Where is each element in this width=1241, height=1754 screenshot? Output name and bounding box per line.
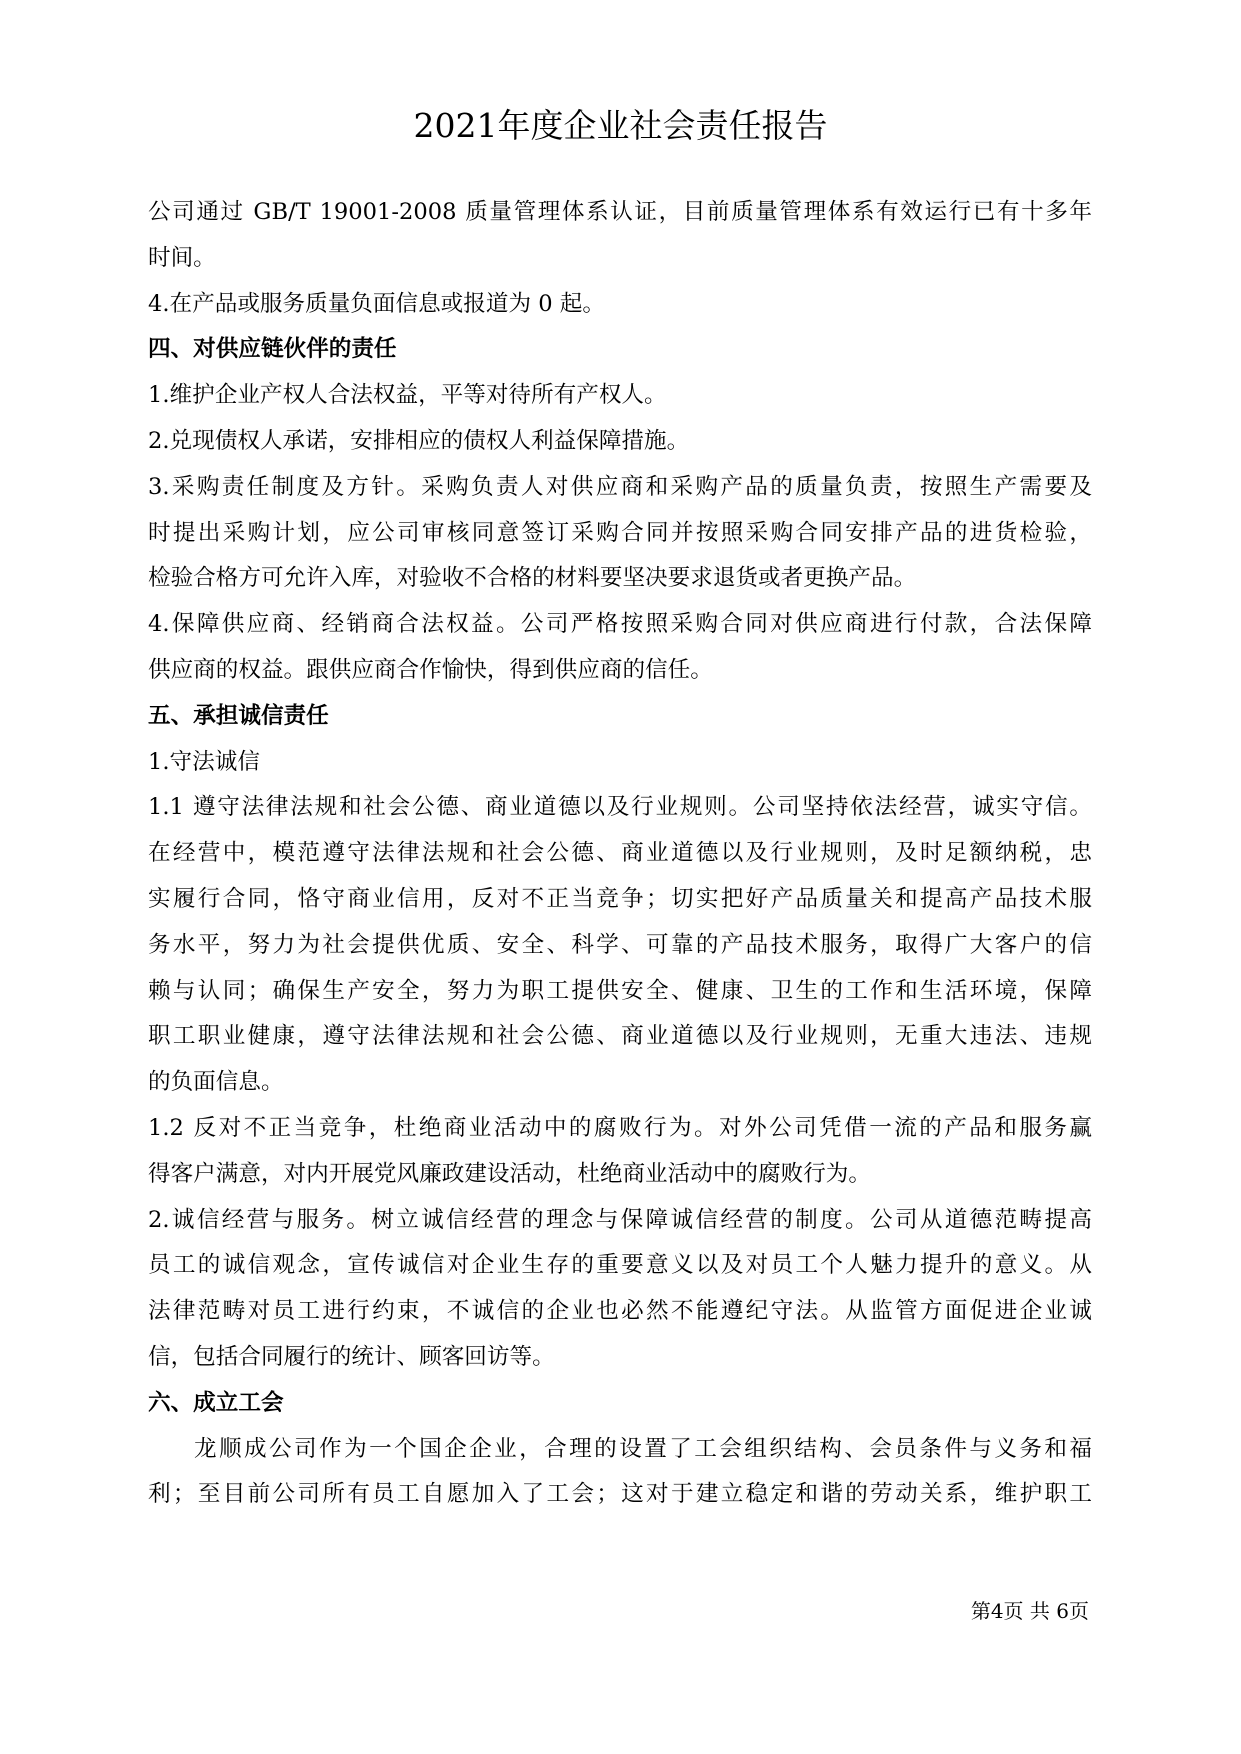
paragraph-line: 实履行合同，恪守商业信用，反对不正当竞争；切实把好产品质量关和提高产品技术服: [148, 877, 1092, 923]
paragraph-line: 1.1 遵守法律法规和社会公德、商业道德以及行业规则。公司坚持依法经营，诚实守信…: [148, 785, 1092, 831]
paragraph-line: 4.在产品或服务质量负面信息或报道为 0 起。: [148, 282, 1092, 328]
paragraph-line: 检验合格方可允许入库，对验收不合格的材料要坚决要求退货或者更换产品。: [148, 556, 1092, 602]
paragraph-line: 员工的诚信观念，宣传诚信对企业生存的重要意义以及对员工个人魅力提升的意义。从: [148, 1243, 1092, 1289]
section-heading: 五、承担诚信责任: [148, 694, 1092, 740]
paragraph-line: 时提出采购计划，应公司审核同意签订采购合同并按照采购合同安排产品的进货检验，: [148, 511, 1092, 557]
paragraph-line: 利；至目前公司所有员工自愿加入了工会；这对于建立稳定和谐的劳动关系，维护职工: [148, 1472, 1092, 1518]
paragraph-line: 公司通过 GB/T 19001-2008 质量管理体系认证，目前质量管理体系有效…: [148, 190, 1092, 236]
paragraph-line: 1.2 反对不正当竞争，杜绝商业活动中的腐败行为。对外公司凭借一流的产品和服务赢: [148, 1106, 1092, 1152]
paragraph-line: 务水平，努力为社会提供优质、安全、科学、可靠的产品技术服务，取得广大客户的信: [148, 923, 1092, 969]
paragraph-line: 3.采购责任制度及方针。采购负责人对供应商和采购产品的质量负责，按照生产需要及: [148, 465, 1092, 511]
paragraph-line: 1.守法诚信: [148, 740, 1092, 786]
paragraph-line: 得客户满意，对内开展党风廉政建设活动，杜绝商业活动中的腐败行为。: [148, 1152, 1092, 1198]
paragraph-line: 2.兑现债权人承诺，安排相应的债权人利益保障措施。: [148, 419, 1092, 465]
paragraph-line: 信，包括合同履行的统计、顾客回访等。: [148, 1335, 1092, 1381]
paragraph-line: 供应商的权益。跟供应商合作愉快，得到供应商的信任。: [148, 648, 1092, 694]
document-body: 公司通过 GB/T 19001-2008 质量管理体系认证，目前质量管理体系有效…: [148, 190, 1092, 1518]
paragraph-line: 法律范畴对员工进行约束，不诚信的企业也必然不能遵纪守法。从监管方面促进企业诚: [148, 1289, 1092, 1335]
paragraph-line: 在经营中，模范遵守法律法规和社会公德、商业道德以及行业规则，及时足额纳税，忠: [148, 831, 1092, 877]
page-number-footer: 第4页 共 6页: [971, 1596, 1089, 1626]
paragraph-line: 4.保障供应商、经销商合法权益。公司严格按照采购合同对供应商进行付款，合法保障: [148, 602, 1092, 648]
paragraph-line: 职工职业健康，遵守法律法规和社会公德、商业道德以及行业规则，无重大违法、违规: [148, 1014, 1092, 1060]
paragraph-line: 龙顺成公司作为一个国企企业，合理的设置了工会组织结构、会员条件与义务和福: [148, 1427, 1092, 1473]
paragraph-line: 赖与认同；确保生产安全，努力为职工提供安全、健康、卫生的工作和生活环境，保障: [148, 969, 1092, 1015]
paragraph-line: 2.诚信经营与服务。树立诚信经营的理念与保障诚信经营的制度。公司从道德范畴提高: [148, 1198, 1092, 1244]
document-title: 2021年度企业社会责任报告: [0, 104, 1241, 148]
paragraph-line: 1.维护企业产权人合法权益，平等对待所有产权人。: [148, 373, 1092, 419]
paragraph-line: 时间。: [148, 236, 1092, 282]
section-heading: 六、成立工会: [148, 1381, 1092, 1427]
paragraph-line: 的负面信息。: [148, 1060, 1092, 1106]
section-heading: 四、对供应链伙伴的责任: [148, 327, 1092, 373]
document-page: 2021年度企业社会责任报告 公司通过 GB/T 19001-2008 质量管理…: [0, 0, 1241, 1754]
